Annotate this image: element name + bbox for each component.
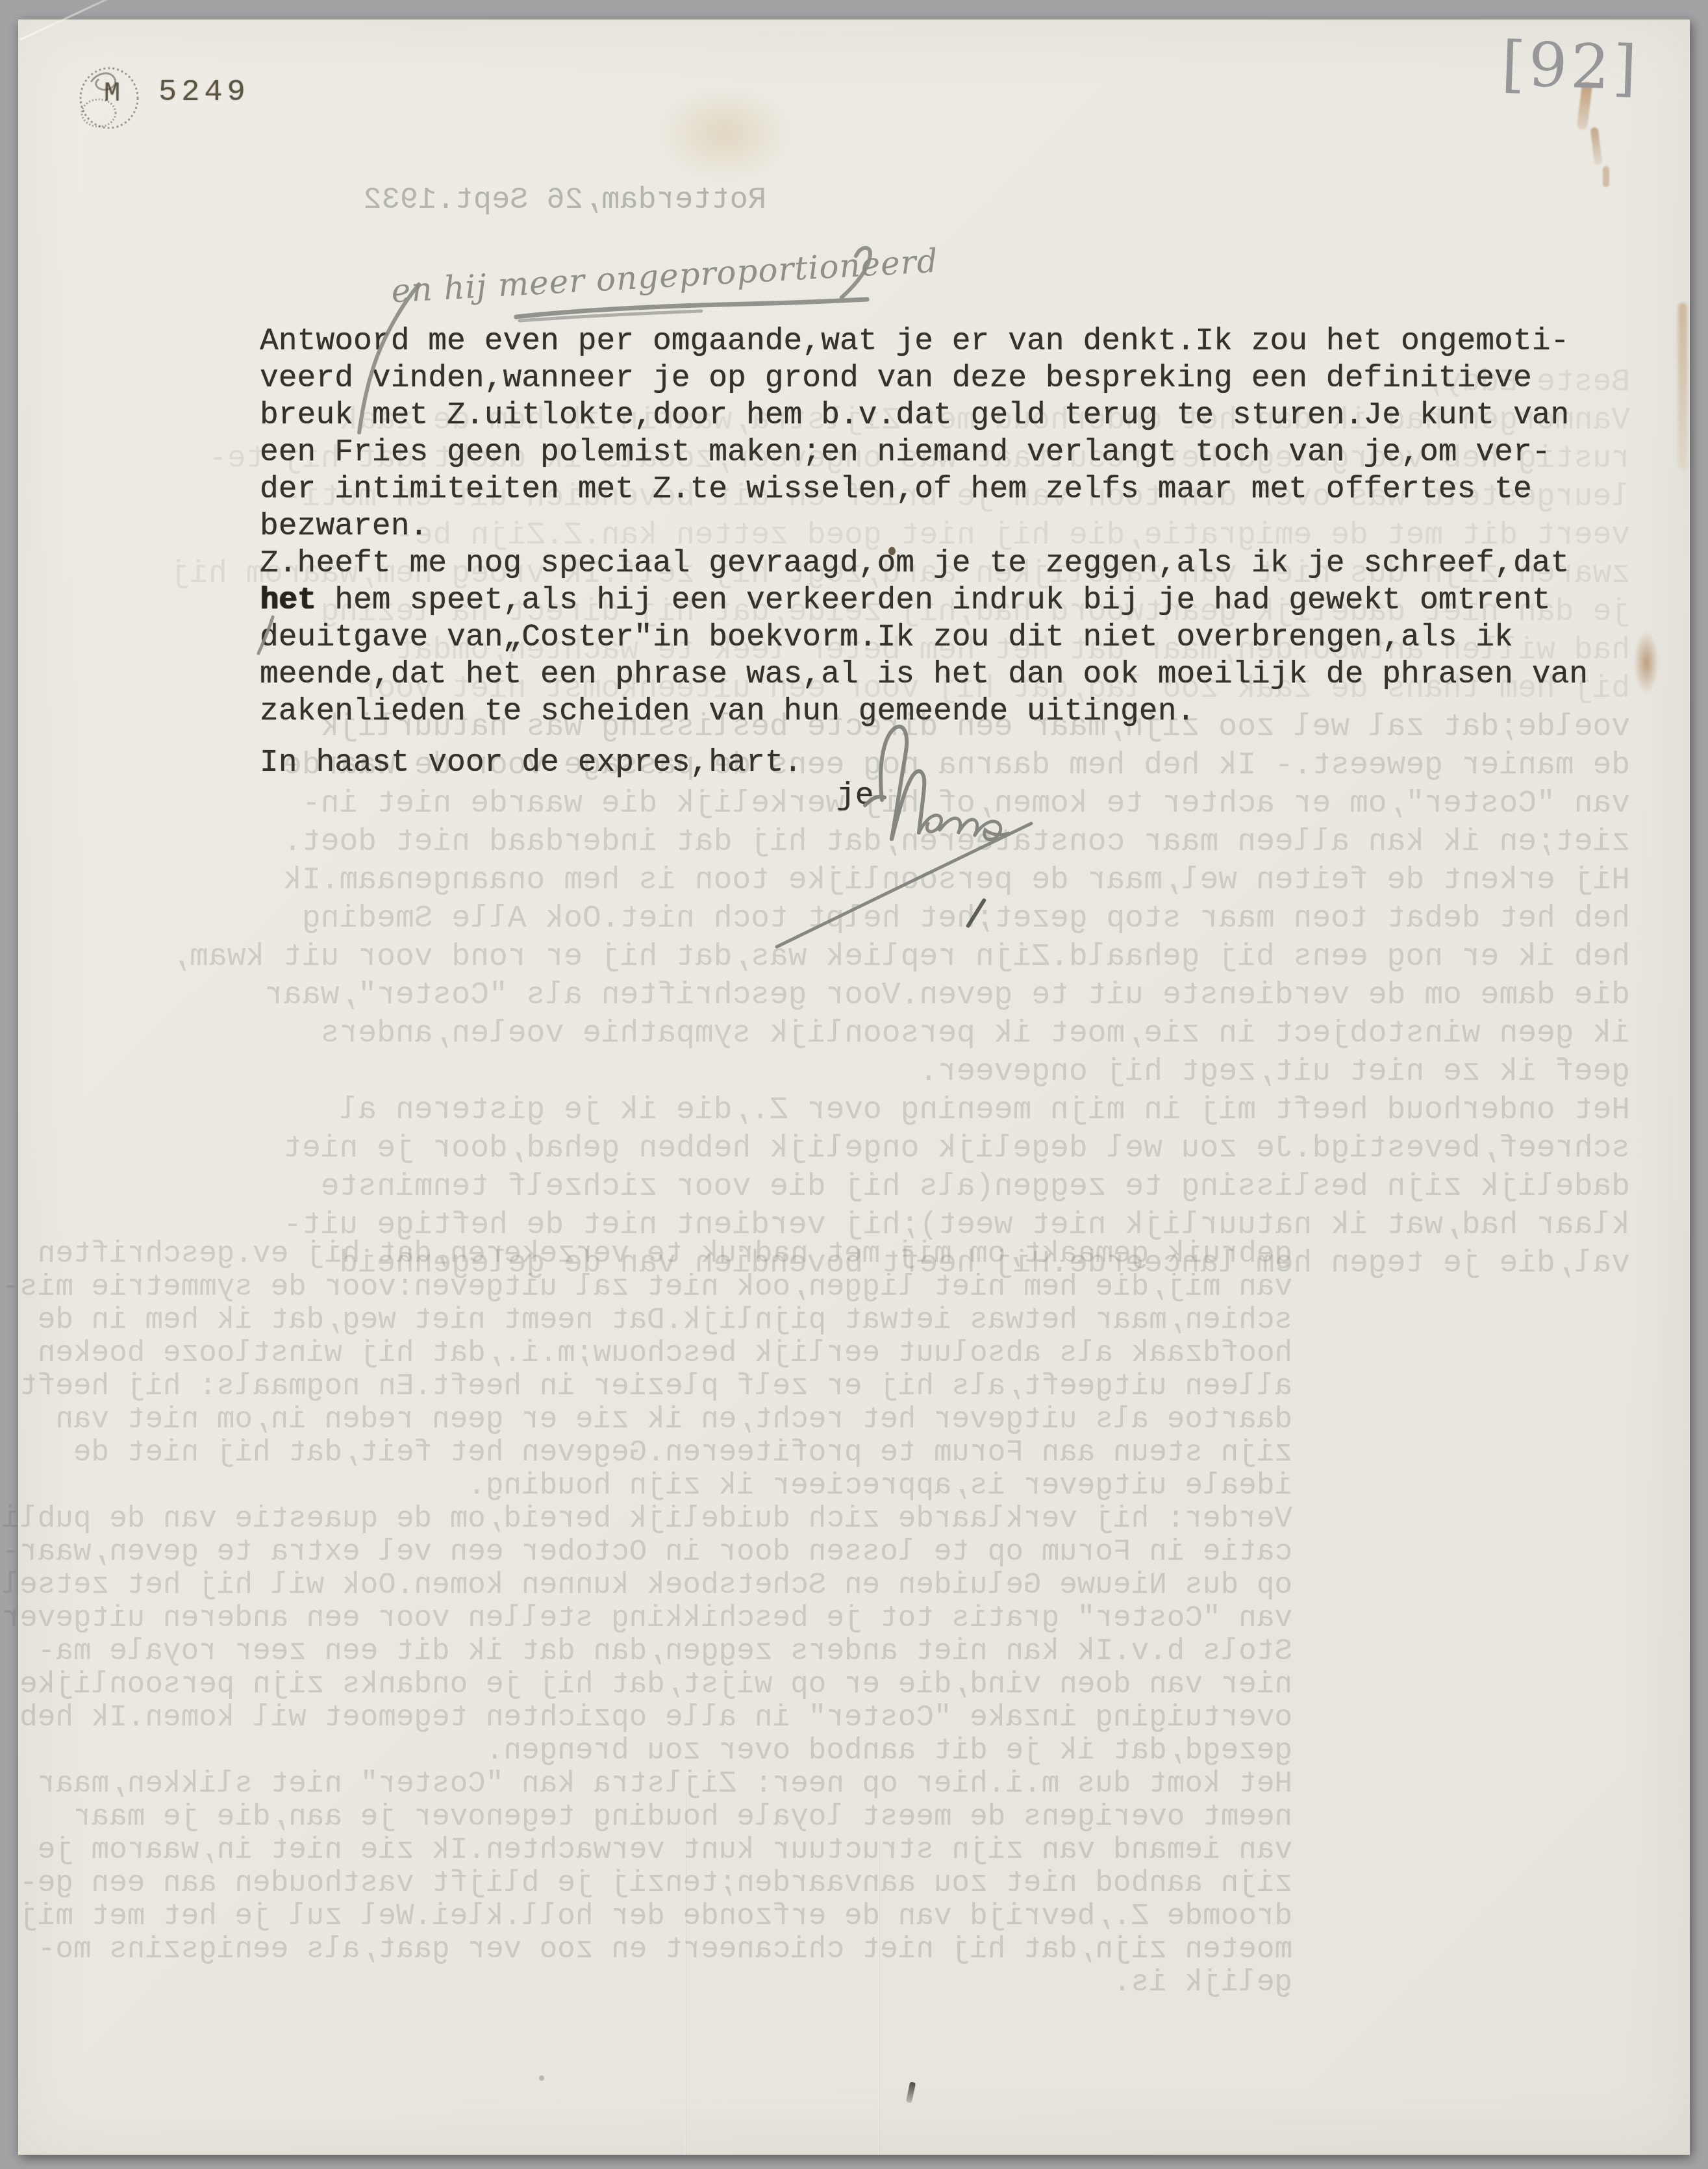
stamp-number: 5249 — [158, 75, 250, 110]
stamp-letter: M — [104, 78, 120, 109]
text-line: der intimiteiten met Z.te wisselen,of he… — [260, 471, 1588, 508]
text-line: zakenlieden te scheiden van hun gemeende… — [260, 694, 1588, 731]
text-line: meende,dat het een phrase was,al is het … — [260, 657, 1588, 694]
text-line: Antwoord me even per omgaande,wat je er … — [260, 323, 1588, 360]
overstruck-word: het — [260, 583, 316, 620]
text-line: het hem speet,als hij een verkeerden ind… — [260, 583, 1588, 620]
text-line: veerd vinden,wanneer je op grond van dez… — [260, 360, 1588, 397]
letter-scan: Rotterdam,26 Sept.1932 Beste Eddy,Vanmor… — [0, 0, 1708, 2169]
paragraph-1: Antwoord me even per omgaande,wat je er … — [260, 323, 1588, 545]
text-line: deuitgave van„Coster"in boekvorm.Ik zou … — [260, 620, 1588, 657]
pencil-page-number: [92] — [1500, 29, 1641, 104]
typed-letter-body: Antwoord me even per omgaande,wat je er … — [260, 323, 1588, 731]
paragraph-2: Z.heeft me nog speciaal gevraagd,om je t… — [260, 545, 1588, 731]
text-line: Z.heeft me nog speciaal gevraagd,om je t… — [260, 545, 1588, 583]
archive-stamp: M 5249 — [77, 62, 291, 140]
text-line: breuk met Z.uitlokte,door hem b.v.dat ge… — [260, 397, 1588, 434]
closing-line: In haast voor de expres,hart. — [260, 745, 802, 782]
text-line: bezwaren. — [260, 508, 1588, 545]
text-line: een Fries geen polemist maken;en niemand… — [260, 434, 1588, 471]
signoff-word: je — [836, 778, 874, 815]
